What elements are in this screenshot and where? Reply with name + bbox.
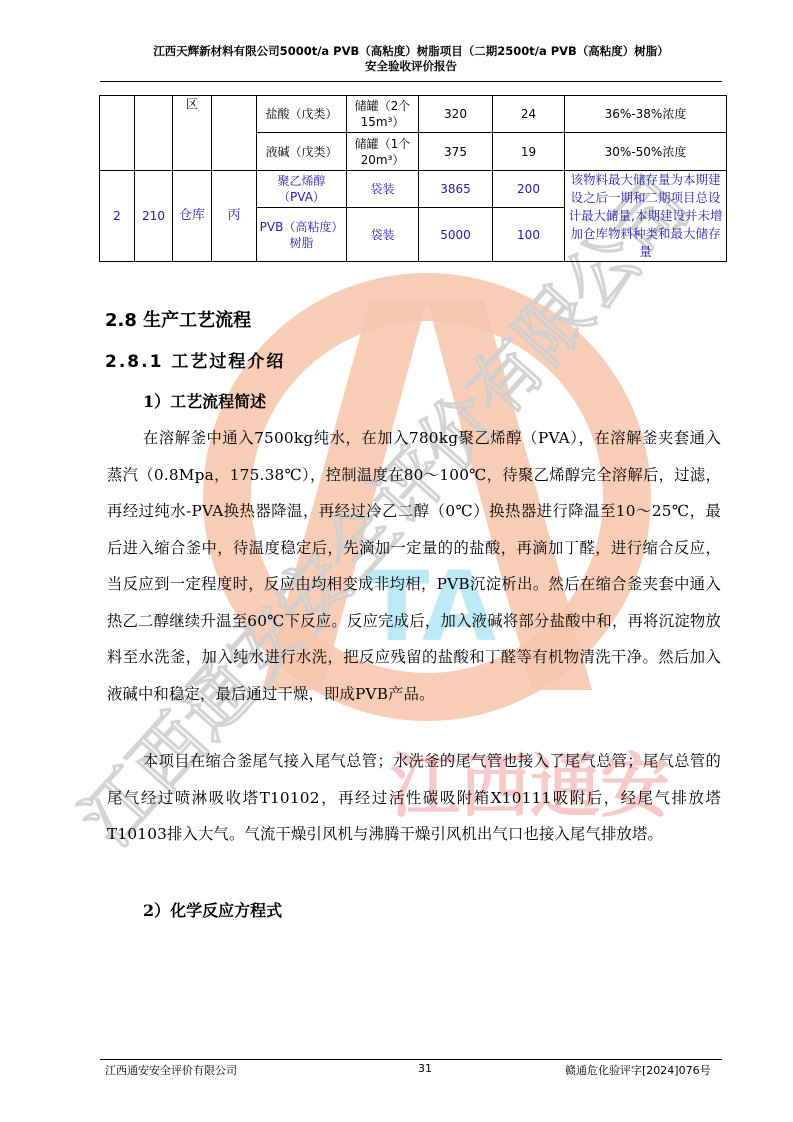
footer-doc-number: 赣通危化验评字[2024]076号 bbox=[565, 1062, 711, 1078]
package-cell: 储罐（1个20m³） bbox=[347, 133, 419, 171]
storage-table: 区 盐酸（戊类） 储罐（2个15m³） 320 24 36%-38%浓度 液碱（… bbox=[99, 95, 727, 262]
max-amount-cell: 320 bbox=[419, 96, 493, 133]
class-cell: 丙 bbox=[212, 171, 257, 262]
max-amount-cell: 375 bbox=[419, 133, 493, 171]
subsection-heading: 2.8.1 工艺过程介绍 bbox=[105, 347, 285, 372]
header-title: 江西天辉新材料有限公司5000t/a PVB（高粘度）树脂项目（二期2500t/… bbox=[100, 44, 722, 59]
package-cell: 袋装 bbox=[347, 171, 419, 208]
daily-cell: 24 bbox=[493, 96, 565, 133]
section-heading: 2.8 生产工艺流程 bbox=[105, 306, 251, 332]
material-cell: PVB（高粘度）树脂 bbox=[257, 208, 347, 262]
package-cell: 袋装 bbox=[347, 208, 419, 262]
material-cell: 聚乙烯醇（PVA） bbox=[257, 171, 347, 208]
no-cell: 2 bbox=[100, 171, 135, 262]
chemical-reaction-heading: 2）化学反应方程式 bbox=[143, 898, 282, 921]
package-cell: 储罐（2个15m³） bbox=[347, 96, 419, 133]
max-amount-cell: 5000 bbox=[419, 208, 493, 262]
footer-rule bbox=[100, 1059, 722, 1060]
header-subtitle: 安全验收评价报告 bbox=[100, 59, 722, 74]
daily-cell: 100 bbox=[493, 208, 565, 262]
note-cell: 该物料最大储存量为本期建设之后一期和二期项目总设计最大储量,本期建设并未增加仓库… bbox=[565, 171, 727, 262]
exhaust-paragraph: 本项目在缩合釜尾气接入尾气总管；水洗釜的尾气管也接入了尾气总管；尾气总管的尾气经… bbox=[107, 743, 721, 853]
daily-cell: 19 bbox=[493, 133, 565, 171]
max-amount-cell: 3865 bbox=[419, 171, 493, 208]
process-overview-heading: 1）工艺流程简述 bbox=[143, 389, 266, 412]
table-row: 区 盐酸（戊类） 储罐（2个15m³） 320 24 36%-38%浓度 bbox=[100, 96, 727, 133]
note-cell: 30%-50%浓度 bbox=[565, 133, 727, 171]
footer-company: 江西通安安全评价有限公司 bbox=[105, 1062, 237, 1078]
page-number: 31 bbox=[418, 1062, 432, 1075]
daily-cell: 200 bbox=[493, 171, 565, 208]
location-cell: 仓库 bbox=[173, 171, 212, 262]
location-cell: 区 bbox=[173, 96, 212, 171]
table-row: 2 210 仓库 丙 聚乙烯醇（PVA） 袋装 3865 200 该物料最大储存… bbox=[100, 171, 727, 208]
document-header: 江西天辉新材料有限公司5000t/a PVB（高粘度）树脂项目（二期2500t/… bbox=[100, 44, 722, 74]
note-cell: 36%-38%浓度 bbox=[565, 96, 727, 133]
material-cell: 液碱（戊类） bbox=[257, 133, 347, 171]
material-cell: 盐酸（戊类） bbox=[257, 96, 347, 133]
area-cell: 210 bbox=[135, 171, 173, 262]
header-rule bbox=[100, 81, 722, 82]
process-paragraph: 在溶解釜中通入7500kg纯水，在加入780kg聚乙烯醇（PVA），在溶解釜夹套… bbox=[107, 420, 721, 712]
